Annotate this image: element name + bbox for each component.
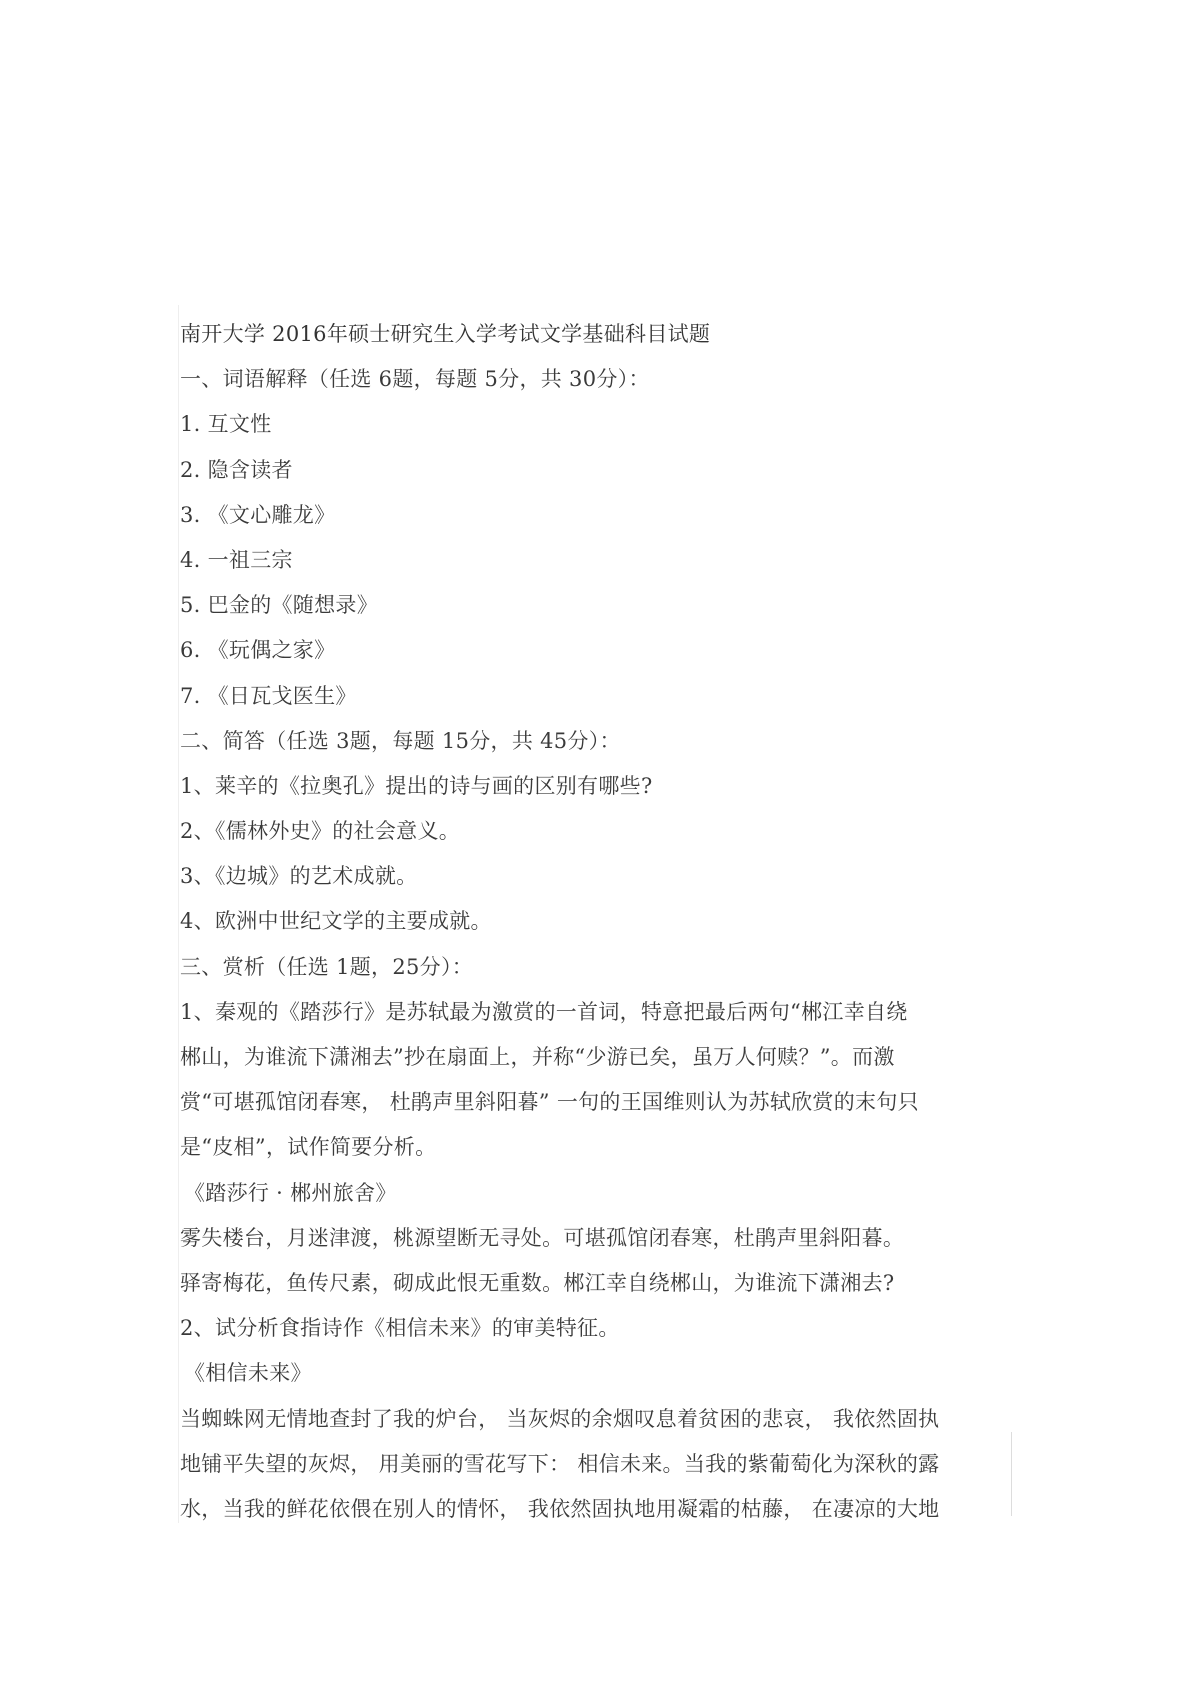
analysis-question-1: 1、秦观的《踏莎行》是苏轼最为激赏的一首词，特意把最后两句“郴江幸自绕 bbox=[180, 990, 1010, 1035]
question-item: 1、莱辛的《拉奥孔》提出的诗与画的区别有哪些? bbox=[180, 764, 1010, 809]
document-page: 南开大学 2016年硕士研究生入学考试文学基础科目试题 一、词语解释（任选 6题… bbox=[0, 0, 1189, 1683]
question-item: 3、《边城》的艺术成就。 bbox=[180, 854, 1010, 899]
section-1-heading: 一、词语解释（任选 6题，每题 5分，共 30分）： bbox=[180, 357, 1010, 402]
term-item: 3. 《文心雕龙》 bbox=[180, 493, 1010, 538]
term-item: 7. 《日瓦戈医生》 bbox=[180, 674, 1010, 719]
analysis-question-1: 郴山，为谁流下潇湘去”抄在扇面上，并称“少游已矣，虽万人何赎？”。而激 bbox=[180, 1035, 1010, 1080]
analysis-question-2: 2、试分析食指诗作《相信未来》的审美特征。 bbox=[180, 1306, 1010, 1351]
poem-line: 雾失楼台，月迷津渡，桃源望断无寻处。可堪孤馆闭春寒，杜鹃声里斜阳暮。 bbox=[180, 1216, 1010, 1261]
right-margin-rule bbox=[1011, 1432, 1012, 1516]
poem-line: 地铺平失望的灰烬， 用美丽的雪花写下： 相信未来。当我的紫葡萄化为深秋的露 bbox=[180, 1442, 1010, 1487]
exam-title: 南开大学 2016年硕士研究生入学考试文学基础科目试题 bbox=[180, 312, 1010, 357]
term-item: 1. 互文性 bbox=[180, 402, 1010, 447]
section-2-heading: 二、简答（任选 3题，每题 15分，共 45分）： bbox=[180, 719, 1010, 764]
term-item: 2. 隐含读者 bbox=[180, 448, 1010, 493]
question-item: 2、《儒林外史》的社会意义。 bbox=[180, 809, 1010, 854]
term-item: 6. 《玩偶之家》 bbox=[180, 628, 1010, 673]
poem-line: 驿寄梅花，鱼传尺素，砌成此恨无重数。郴江幸自绕郴山，为谁流下潇湘去? bbox=[180, 1261, 1010, 1306]
poem-title: 《踏莎行 · 郴州旅舍》 bbox=[180, 1171, 1010, 1216]
poem-line: 当蜘蛛网无情地查封了我的炉台， 当灰烬的余烟叹息着贫困的悲哀， 我依然固执 bbox=[180, 1397, 1010, 1442]
poem-line: 水，当我的鲜花依偎在别人的情怀， 我依然固执地用凝霜的枯藤， 在凄凉的大地 bbox=[180, 1487, 1010, 1532]
left-margin-rule bbox=[178, 305, 179, 1523]
section-3-heading: 三、赏析（任选 1题，25分）： bbox=[180, 945, 1010, 990]
term-item: 5. 巴金的《随想录》 bbox=[180, 583, 1010, 628]
exam-content: 南开大学 2016年硕士研究生入学考试文学基础科目试题 一、词语解释（任选 6题… bbox=[180, 312, 1010, 1532]
analysis-question-1: 赏“可堪孤馆闭春寒， 杜鹃声里斜阳暮” 一句的王国维则认为苏轼欣赏的末句只 bbox=[180, 1080, 1010, 1125]
poem-title: 《相信未来》 bbox=[180, 1351, 1010, 1396]
analysis-question-1: 是“皮相”，试作简要分析。 bbox=[180, 1125, 1010, 1170]
question-item: 4、欧洲中世纪文学的主要成就。 bbox=[180, 899, 1010, 944]
term-item: 4. 一祖三宗 bbox=[180, 538, 1010, 583]
